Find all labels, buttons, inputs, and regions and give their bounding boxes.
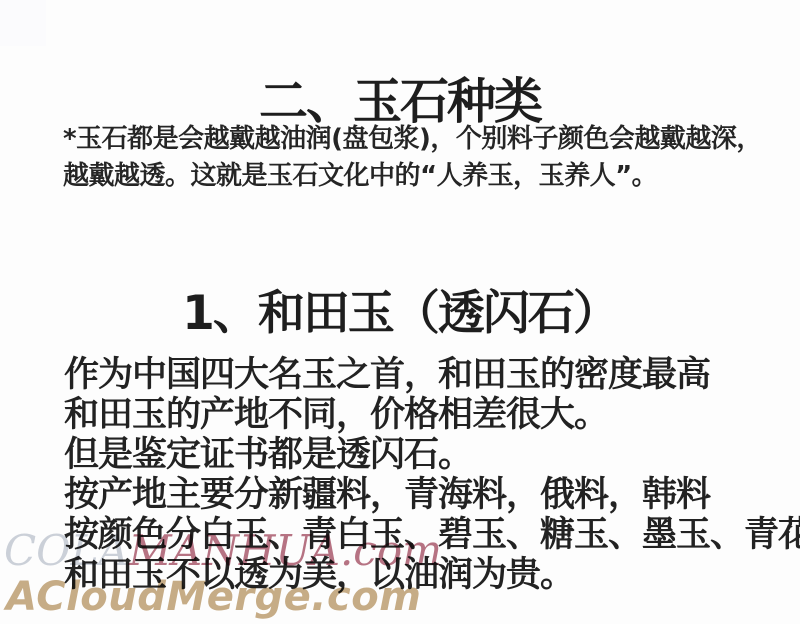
- body-line-2: 和田玉的产地不同，价格相差很大。: [64, 395, 780, 435]
- section-heading: 1、和田玉（透闪石）: [0, 276, 800, 343]
- corner-artifact: [0, 0, 46, 46]
- body-line-3: 但是鉴定证书都是透闪石。: [64, 435, 780, 475]
- body-line-4: 按产地主要分新疆料，青海料，俄料，韩料: [64, 475, 780, 515]
- manhua-page: 二、玉石种类 *玉石都是会越戴越油润(盘包浆)，个别料子颜色会越戴越深， 越戴越…: [0, 0, 800, 624]
- watermark-acloudmerge: ACloudMerge.com: [6, 574, 421, 620]
- note-line-1: *玉石都是会越戴越油润(盘包浆)，个别料子颜色会越戴越深，: [63, 121, 769, 158]
- note-line-2: 越戴越透。这就是玉石文化中的“人养玉，玉养人”。: [63, 158, 769, 195]
- watermark-colamanhua: COLAMANHUA.com: [4, 528, 442, 574]
- body-line-1: 作为中国四大名玉之首，和田玉的密度最高: [64, 355, 780, 395]
- watermark-colamanhua-prefix: COLA: [4, 526, 129, 575]
- watermark-colamanhua-suffix: MANHUA.com: [129, 526, 442, 575]
- note-paragraph: *玉石都是会越戴越油润(盘包浆)，个别料子颜色会越戴越深， 越戴越透。这就是玉石…: [63, 121, 769, 195]
